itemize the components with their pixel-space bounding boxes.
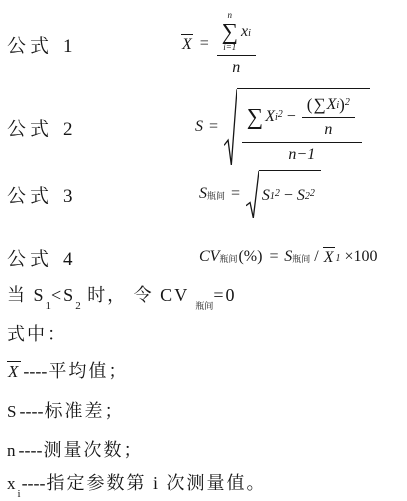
condition-text: 当 S [7, 285, 46, 305]
radical-sign [246, 170, 259, 219]
formula-2-label: 公式2 [0, 114, 181, 141]
formula-label-text: 公式 [7, 36, 53, 57]
equals-sign: = [194, 34, 215, 54]
formula-number: 3 [63, 186, 73, 207]
formula-label-text: 公式 [7, 186, 53, 207]
sigma-symbol: ∑ [313, 96, 325, 113]
condition-line: 当 S1<S2 时， 令 CV 瓶间=0 [7, 281, 237, 309]
variable-S1: S [262, 186, 270, 206]
definition-text: 测量次数； [43, 440, 143, 460]
definition-text: 平均值； [48, 361, 128, 381]
fraction: ∑ Xi2 − (∑Xi)2 n n−1 [242, 92, 362, 165]
square-root: ∑ Xi2 − (∑Xi)2 n n−1 [224, 88, 370, 166]
fraction: n ∑ i=1 xi n [217, 10, 256, 78]
denominator: n [217, 56, 256, 78]
radicand: S12 − S22 [259, 170, 321, 219]
definition-count: n----测量次数； [7, 436, 143, 462]
subscript-i: i [18, 488, 21, 500]
formula-1-label: 公式1 [0, 31, 181, 58]
superscript-2: 2 [345, 97, 350, 110]
definition-text: 标准差； [44, 401, 124, 421]
s-between-bottles: S [284, 247, 292, 267]
formula-3-math: S瓶间 = S12 − S22 [199, 170, 321, 219]
formula-number: 4 [63, 249, 73, 270]
dashes: ---- [21, 473, 47, 493]
cjk-subscript: 瓶间 [195, 301, 213, 311]
condition-text: =0 [213, 285, 236, 305]
subscript-i: i [248, 28, 251, 41]
formula-label-text: 公式 [7, 119, 53, 140]
formula-3-label: 公式3 [0, 181, 181, 208]
mean-symbol: X [323, 247, 336, 268]
inner-fraction: (∑Xi)2 n [302, 93, 355, 140]
formula-row-4: 公式4 CV瓶间(%) = S瓶间 / X1 ×100 [0, 236, 407, 278]
equals-sign: = [225, 184, 246, 204]
formula-number: 2 [63, 119, 73, 140]
formula-4-label: 公式4 [0, 244, 181, 271]
definition-xi: xi----指定参数第 i 次测量值。 [7, 469, 267, 497]
dashes: ---- [18, 401, 44, 421]
definition-text: 指定参数第 i 次测量值。 [47, 473, 267, 493]
stddev-symbol: S [7, 402, 18, 421]
cjk-subscript: 瓶间 [292, 254, 310, 265]
divide-slash: / [310, 247, 322, 267]
variable-x: x [241, 22, 248, 42]
numerator: n ∑ i=1 xi [217, 10, 256, 56]
variable-X: X [265, 107, 275, 127]
cv-symbol: CV [199, 247, 219, 267]
inner-denominator: n [302, 118, 355, 140]
s-between-bottles: S [199, 184, 207, 204]
subscript-1: 1 [336, 253, 341, 266]
radical-sign [224, 88, 237, 166]
document-page: 公式1 X = n ∑ i=1 xi n 公式2 S = [0, 0, 407, 501]
formula-2-math: S = ∑ Xi2 − (∑Xi)2 n [195, 88, 370, 166]
definition-stddev: S----标准差； [7, 397, 124, 423]
radicand: ∑ Xi2 − (∑Xi)2 n n−1 [237, 88, 370, 166]
sum-lower-limit: i=1 [223, 43, 236, 53]
formula-row-2: 公式2 S = ∑ Xi2 − (∑Xi)2 [0, 84, 407, 170]
percent-parens: (%) [237, 247, 263, 267]
variable-S2: S [297, 186, 305, 206]
formula-row-3: 公式3 S瓶间 = S12 − S22 [0, 172, 407, 216]
mean-symbol: X [181, 34, 194, 55]
dashes: ---- [18, 440, 44, 460]
condition-text: <S [51, 285, 75, 305]
formula-number: 1 [63, 36, 73, 57]
stddev-symbol: S [195, 117, 203, 137]
denominator: n−1 [242, 143, 362, 165]
xi-symbol: x [7, 474, 18, 493]
superscript-2: 2 [278, 109, 283, 122]
formula-4-math: CV瓶间(%) = S瓶间 / X1 ×100 [199, 247, 382, 268]
equals-sign: = [263, 247, 284, 267]
open-paren: ( [307, 94, 313, 115]
times-100: ×100 [341, 247, 382, 267]
formula-1-math: X = n ∑ i=1 xi n [181, 10, 258, 78]
formula-row-1: 公式1 X = n ∑ i=1 xi n [0, 6, 407, 82]
superscript-2: 2 [275, 188, 280, 201]
sigma-symbol: ∑ [222, 21, 238, 43]
condition-text: 时， 令 CV [81, 285, 196, 305]
definition-mean: X----平均值； [7, 357, 128, 383]
formula-label-text: 公式 [7, 249, 53, 270]
inner-numerator: (∑Xi)2 [302, 93, 355, 118]
where-heading: 式中： [7, 320, 67, 346]
cjk-subscript: 瓶间 [207, 191, 225, 202]
equals-sign: = [203, 117, 224, 137]
minus-sign: − [283, 107, 300, 127]
superscript-2: 2 [310, 188, 315, 201]
subscript-2: 2 [75, 300, 81, 312]
sigma-symbol: ∑ [247, 105, 263, 128]
minus-sign: − [280, 186, 297, 206]
cjk-subscript: 瓶间 [219, 254, 237, 265]
subscript-1: 1 [46, 300, 52, 312]
subscript-i: i [336, 100, 339, 113]
count-symbol: n [7, 441, 18, 460]
mean-symbol: X [7, 361, 22, 382]
dashes: ---- [22, 361, 48, 381]
numerator: ∑ Xi2 − (∑Xi)2 n [242, 92, 362, 143]
variable-X: X [327, 95, 337, 115]
square-root: S12 − S22 [246, 170, 321, 219]
summation: n ∑ i=1 [222, 11, 238, 53]
